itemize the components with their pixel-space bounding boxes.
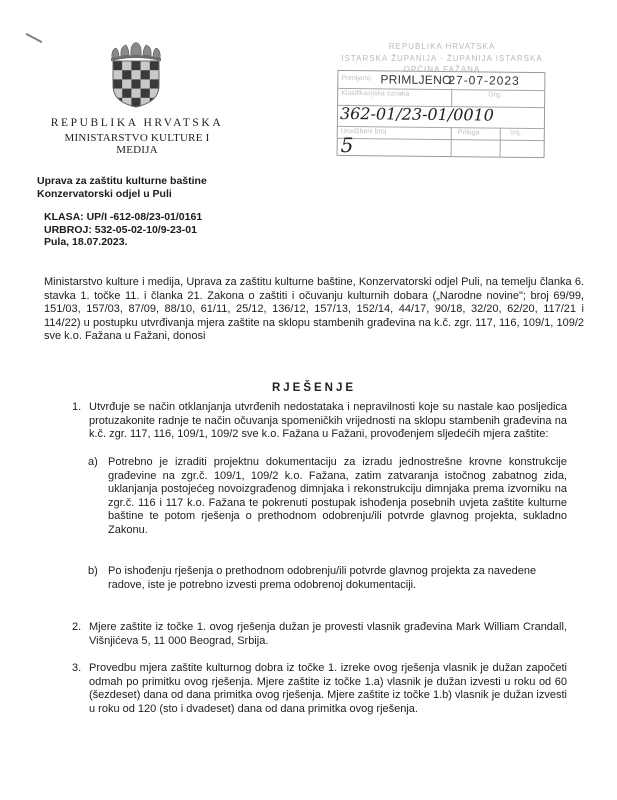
stamp-attach-label: Priloga: [458, 129, 480, 136]
stamp-org-label: Org.: [488, 91, 502, 98]
stamp-received-date: 27-07-2023: [448, 73, 520, 88]
coat-of-arms-icon: [108, 42, 164, 108]
issuing-unit: Uprava za zaštitu kulturne baštine Konze…: [37, 175, 207, 201]
received-stamp: REPUBLIKA HRVATSKA ISTARSKA ŽUPANIJA - Ž…: [337, 38, 547, 156]
item-number: 3.: [72, 662, 81, 676]
stamp-header-line: ISTARSKA ŽUPANIJA - ŽUPANIJA ISTARSKA: [337, 54, 547, 63]
department-name: Uprava za zaštitu kulturne baštine: [37, 175, 207, 188]
ministry-name: MINISTARSTVO KULTURE I MEDIJA: [44, 132, 230, 156]
subitem-text: Po ishođenju rješenja o prethodnom odobr…: [108, 565, 548, 592]
stamp-class-label: Klasifikacijska oznaka: [341, 90, 409, 98]
item-number: 1.: [72, 401, 81, 415]
urbroj: URBROJ: 532-05-02-10/9-23-01: [44, 224, 202, 237]
subitem-text: Potrebno je izraditi projektnu dokumenta…: [108, 456, 567, 538]
republic-name: REPUBLIKA HRVATSKA: [44, 117, 230, 129]
office-name: Konzervatorski odjel u Puli: [37, 188, 207, 201]
stamp-received-label: Primljeno:: [341, 75, 372, 82]
subitem-label: a): [88, 456, 98, 470]
intro-paragraph: Ministarstvo kulture i medija, Uprava za…: [44, 276, 584, 344]
item-number: 2.: [72, 621, 81, 635]
place-date: Pula, 18.07.2023.: [44, 236, 202, 249]
stamp-header-line: REPUBLIKA HRVATSKA: [337, 42, 547, 51]
subitem-label: b): [88, 565, 98, 579]
stamp-grid: Primljeno: PRIMLJENO 27-07-2023 Klasifik…: [337, 70, 546, 158]
document-title: RJEŠENJE: [44, 382, 584, 394]
item-text: Provedbu mjera zaštite kulturnog dobra i…: [89, 662, 567, 716]
document-reference: KLASA: UP/I -612-08/23-01/0161 URBROJ: 5…: [44, 211, 202, 249]
scan-mark: [26, 33, 43, 43]
item-text: Utvrđuje se način otklanjanja utvrđenih …: [89, 401, 567, 442]
stamp-urbroj-value: 5: [341, 133, 354, 157]
stamp-class-value: 362-01/23-01/0010: [340, 104, 494, 125]
stamp-received-word: PRIMLJENO: [380, 72, 452, 87]
item-text: Mjere zaštite iz točke 1. ovog rješenja …: [89, 621, 567, 648]
klasa: KLASA: UP/I -612-08/23-01/0161: [44, 211, 202, 224]
stamp-value-label: Vrij.: [510, 130, 522, 137]
